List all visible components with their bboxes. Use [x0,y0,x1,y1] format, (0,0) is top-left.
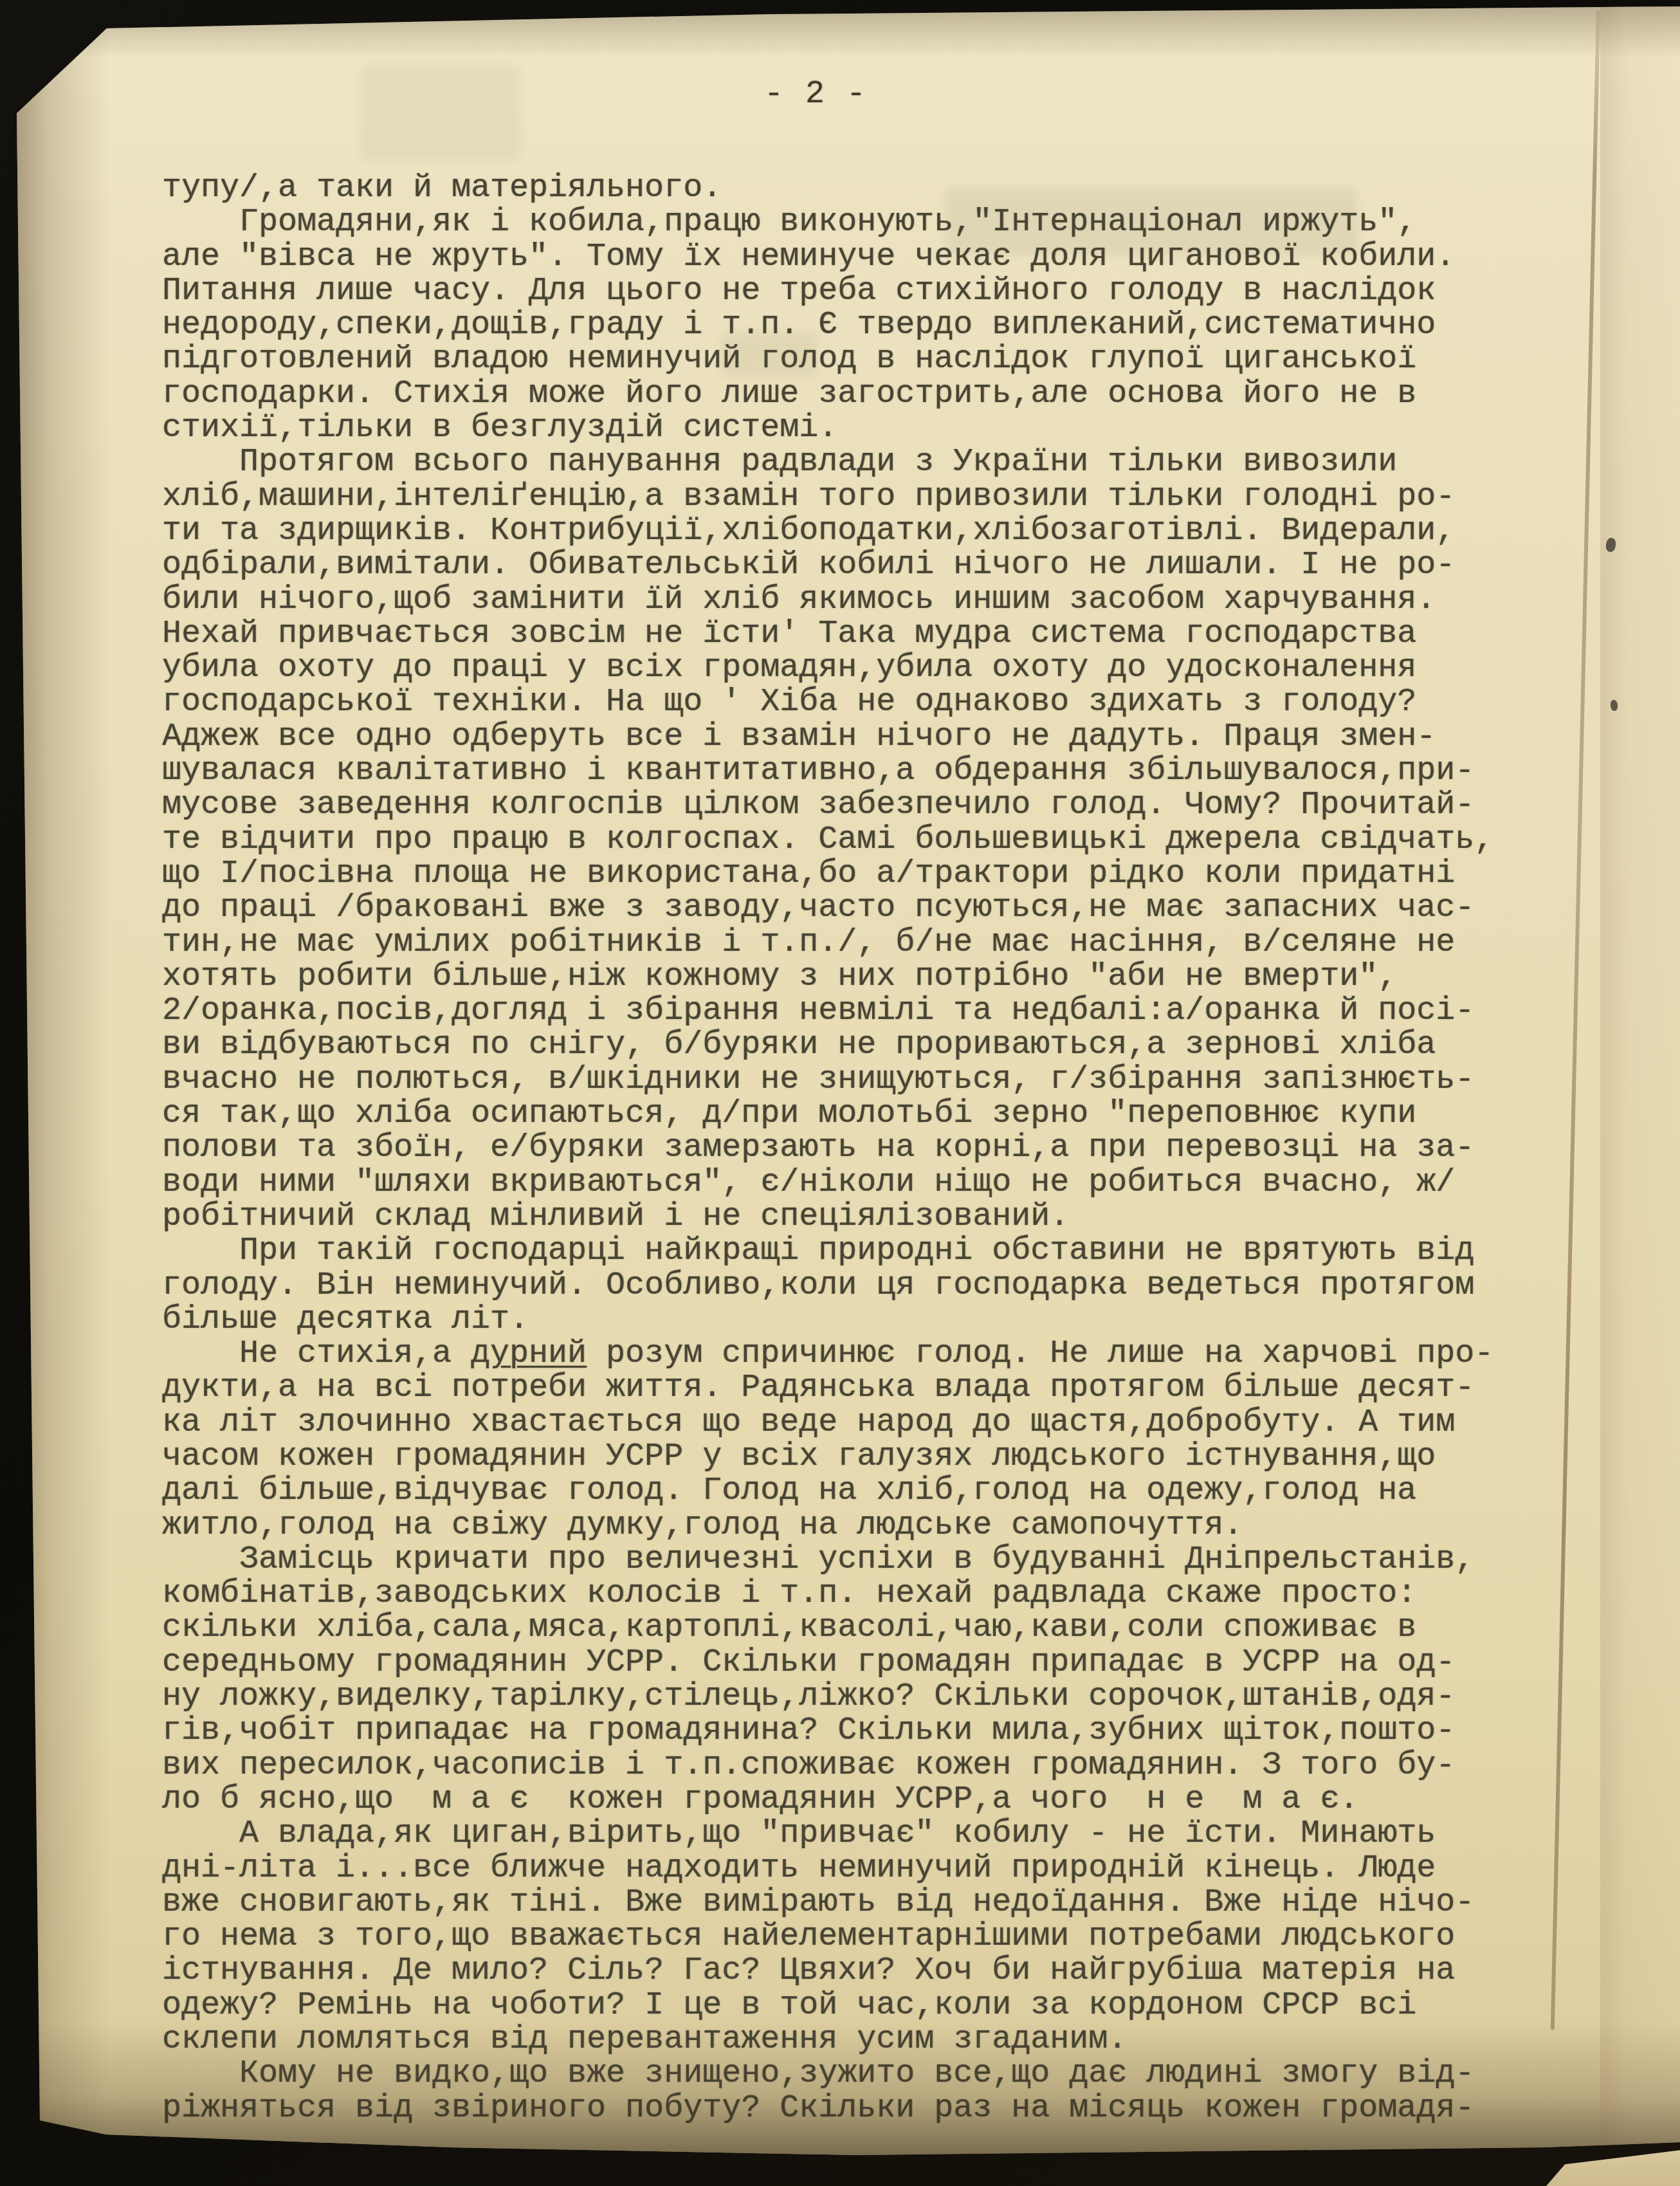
text-line: полови та збоїн, е/буряки замерзають на … [162,1131,1519,1165]
text-line: робітничий склад мінливий і не спеціяліз… [162,1200,1519,1234]
text-line: дні-літа і...все ближче надходить немину… [162,1851,1519,1886]
text-line: Замісць кричати про величезні успіхи в б… [162,1543,1519,1577]
text-line: те відчити про працю в колгоспах. Самі б… [162,823,1519,857]
text-line: голоду. Він неминучий. Особливо,коли ця … [162,1269,1519,1303]
text-line: істнування. Де мило? Сіль? Гас? Цвяхи? Х… [162,1954,1519,1988]
text-line: ну ложку,виделку,тарілку,стілець,ліжко? … [162,1680,1519,1714]
text-line: ти та здирщиків. Контрибуції,хлібоподатк… [162,514,1519,548]
typewritten-text: тупу/,а таки й матеріяльного. Громадяни,… [162,171,1519,2126]
text-line: вже сновигають,як тіні. Вже вимірають ві… [162,1886,1519,1920]
text-line: Нехай привчається зовсім не їсти' Така м… [162,617,1519,651]
text-line: але "вівса не жруть". Тому їх неминуче ч… [162,240,1519,274]
text-line: тин,не має умілих робітників і т.п./, б/… [162,926,1519,960]
text-line: води ними "шляхи вкриваються", є/ніколи … [162,1166,1519,1200]
text-line: мусове заведення колгоспів цілком забезп… [162,788,1519,822]
text-line: убила охоту до праці у всіх громадян,уби… [162,651,1519,685]
page-fold-crease [1551,10,1600,2030]
text-line: до праці /браковані вже з заводу,часто п… [162,891,1519,925]
text-line: Кому не видко,що вже знищено,зужито все,… [162,2057,1519,2091]
text-line: підготовлений владою неминучий голод в н… [162,342,1519,376]
text-line: далі більше,відчуває голод. Голод на хлі… [162,1474,1519,1508]
text-line: середньому громадянин УСРР. Скільки гром… [162,1646,1519,1680]
text-line: більше десятка літ. [162,1303,1519,1337]
document-page: - 2 - тупу/,а таки й матеріяльного. Гром… [0,0,1680,2186]
text-line: Аджеж все одно одберуть все і взамін ніч… [162,720,1519,754]
text-line: ви відбуваються по снігу, б/буряки не пр… [162,1028,1519,1062]
ink-bleedthrough-smudge [360,64,521,161]
text-line: склепи ломляться від перевантаження усим… [162,2023,1519,2057]
text-line: го нема з того,що вважається найелемента… [162,1920,1519,1954]
text-line: вчасно не полються, в/шкідники не знищую… [162,1063,1519,1097]
text-line: комбінатів,заводських колосів і т.п. нех… [162,1577,1519,1611]
text-line: стихії,тільки в безглуздій системі. [162,411,1519,445]
paper-top-edge-shadow [0,0,1680,58]
text-line: скільки хліба,сала,мяса,картоплі,квасолі… [162,1611,1519,1645]
text-line: Громадяни,як і кобила,працю виконують,"І… [162,205,1519,239]
text-line: При такій господарці найкращі природні о… [162,1234,1519,1268]
paper-fold-area [1600,0,1680,2186]
text-line: гів,чобіт припадає на громадянина? Скіль… [162,1714,1519,1748]
text-line: ся так,що хліба осипаються, д/при молоть… [162,1097,1519,1131]
text-line: били нічого,щоб замінити їй хліб якимось… [162,583,1519,617]
text-line: часом кожен громадянин УСРР у всіх галуз… [162,1440,1519,1474]
photo-background: - 2 - тупу/,а таки й матеріяльного. Гром… [0,0,1680,2186]
ink-speck [1605,537,1617,553]
text-line: шувалася квалітативно і квантитативно,а … [162,754,1519,788]
text-line: Протягом всього панування радвлади з Укр… [162,445,1519,479]
paper-left-edge-shadow [0,0,109,2186]
text-line: недороду,спеки,дощів,граду і т.п. Є твер… [162,308,1519,342]
text-line: одежу? Ремінь на чоботи? І це в той час,… [162,1989,1519,2023]
ink-speck [1610,699,1618,711]
text-line: житло,голод на свіжу думку,голод на людс… [162,1509,1519,1543]
text-line: Питання лише часу. Для цього не треба ст… [162,274,1519,308]
text-line: господарської техніки. На що ' Хіба не о… [162,685,1519,719]
page-number: - 2 - [764,76,867,113]
text-line: Не стихія,а дурний розум спричинює голод… [162,1337,1519,1371]
text-line: А влада,як циган,вірить,що "привчає" коб… [162,1817,1519,1851]
text-line: вих пересилок,часописів і т.п.споживає к… [162,1749,1519,1783]
text-line: хліб,машини,інтеліґенцію,а взамін того п… [162,480,1519,514]
text-line: ло б ясно,що м а є кожен громадянин УСРР… [162,1783,1519,1817]
text-line: хотять робити більше,ніж кожному з них п… [162,960,1519,994]
text-line: 2/оранка,посів,догляд і збірання невмілі… [162,994,1519,1028]
text-line: одбірали,вимітали. Обивательській кобилі… [162,548,1519,582]
text-line: господарки. Стихія може його лише загост… [162,377,1519,411]
text-line: тупу/,а таки й матеріяльного. [162,171,1519,205]
text-line: що І/посівна площа не використана,бо а/т… [162,857,1519,891]
text-line: дукти,а на всі потреби життя. Радянська … [162,1371,1519,1405]
underlying-page-corner [1546,2149,1680,2186]
text-line: ріжняться від звіриного побуту? Скільки … [162,2091,1519,2126]
text-line: ка літ злочинно хвастається що веде наро… [162,1406,1519,1440]
